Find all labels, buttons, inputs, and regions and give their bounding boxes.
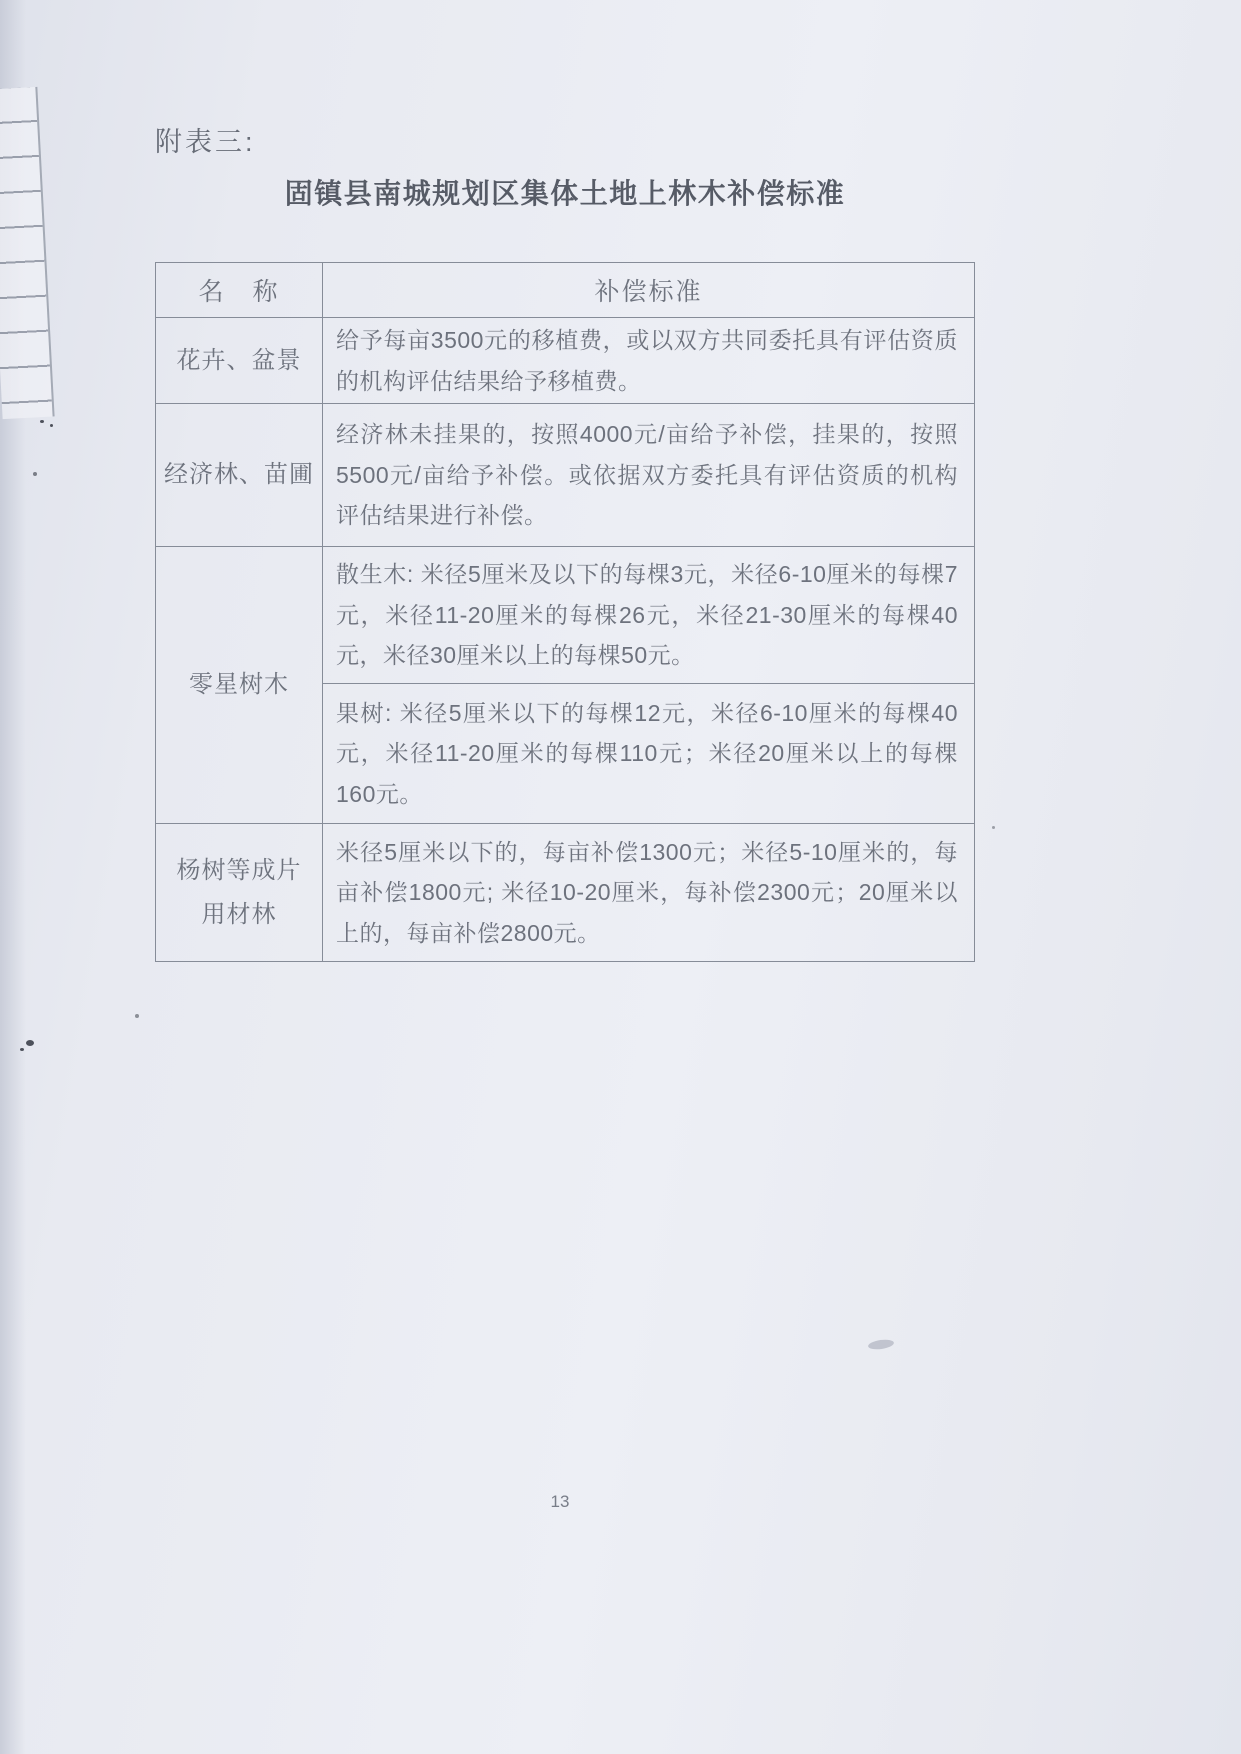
scan-speck — [40, 420, 44, 423]
scanned-document-page: 附表三: 固镇县南城规划区集体土地上林木补偿标准 名 称 补偿标准 花卉、盆景 … — [0, 0, 1241, 1754]
ruled-undersheet-edge — [0, 87, 55, 419]
compensation-standards-table: 名 称 补偿标准 花卉、盆景 给予每亩3500元的移植费，或以双方共同委托具有评… — [155, 262, 975, 962]
row-name-poplar-timber: 杨树等成片用材林 — [156, 824, 323, 962]
column-header-name: 名 称 — [156, 263, 323, 318]
column-header-standard: 补偿标准 — [323, 263, 975, 318]
scan-speck — [992, 826, 995, 829]
table-row: 零星树木 散生木: 米径5厘米及以下的每棵3元，米径6-10厘米的每棵7元，米径… — [156, 547, 975, 684]
scan-smudge — [868, 1338, 895, 1351]
scan-speck — [135, 1014, 139, 1018]
document-title: 固镇县南城规划区集体土地上林木补偿标准 — [155, 172, 975, 212]
scan-speck — [50, 424, 53, 427]
appendix-label: 附表三: — [155, 120, 256, 159]
scan-speck — [20, 1048, 24, 1051]
row-standard-poplar-timber: 米径5厘米以下的，每亩补偿1300元；米径5-10厘米的，每亩补偿1800元; … — [323, 824, 975, 962]
row-name-scattered-trees: 零星树木 — [156, 547, 323, 824]
table-header-row: 名 称 补偿标准 — [156, 263, 975, 318]
table-row: 经济林、苗圃 经济林未挂果的，按照4000元/亩给予补偿，挂果的，按照5500元… — [156, 404, 975, 547]
row-name-economic-forest: 经济林、苗圃 — [156, 404, 323, 547]
row-standard-scattered-trees-wild: 散生木: 米径5厘米及以下的每棵3元，米径6-10厘米的每棵7元，米径11-20… — [323, 547, 975, 684]
row-standard-economic-forest: 经济林未挂果的，按照4000元/亩给予补偿，挂果的，按照5500元/亩给予补偿。… — [323, 404, 975, 547]
scan-speck — [26, 1040, 34, 1046]
row-standard-flowers: 给予每亩3500元的移植费，或以双方共同委托具有评估资质的机构评估结果给予移植费… — [323, 318, 975, 404]
table-row: 花卉、盆景 给予每亩3500元的移植费，或以双方共同委托具有评估资质的机构评估结… — [156, 318, 975, 404]
scan-speck — [33, 472, 37, 476]
row-standard-scattered-trees-fruit: 果树: 米径5厘米以下的每棵12元，米径6-10厘米的每棵40元，米径11-20… — [323, 684, 975, 824]
page-number: 13 — [0, 1492, 1120, 1512]
table-row: 杨树等成片用材林 米径5厘米以下的，每亩补偿1300元；米径5-10厘米的，每亩… — [156, 824, 975, 962]
row-name-flowers: 花卉、盆景 — [156, 318, 323, 404]
